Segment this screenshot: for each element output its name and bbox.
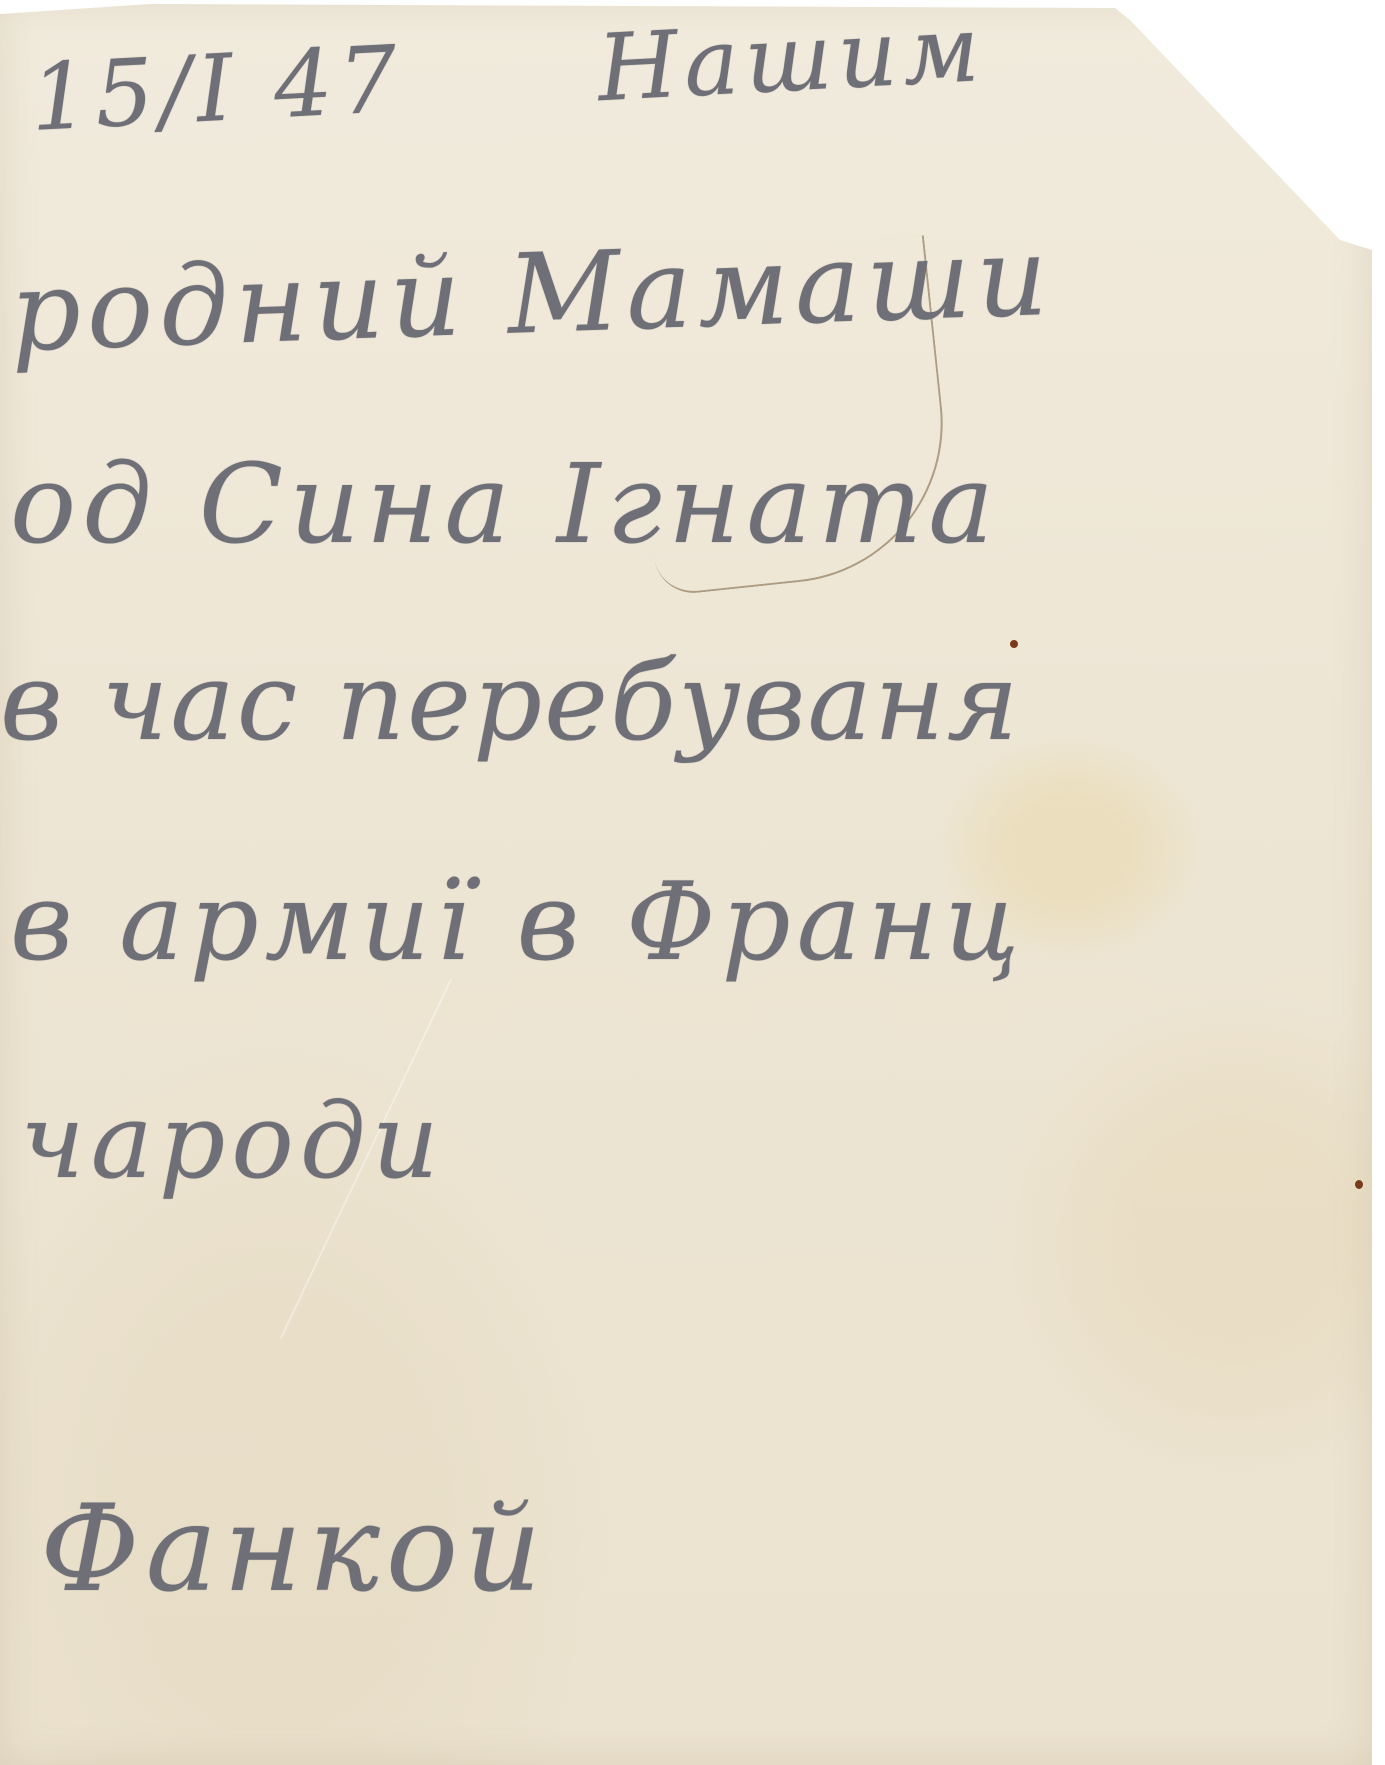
handwritten-line-4: в час перебуваня — [0, 640, 1021, 765]
handwritten-line-3: од Сина Ігната — [10, 440, 1000, 568]
handwritten-line-6: чароди — [20, 1080, 445, 1202]
handwritten-greeting: Нашим — [595, 0, 988, 122]
handwritten-line-1: 15/І 47 Нашим — [28, 0, 988, 152]
handwritten-signature: Фанкой — [40, 1480, 547, 1619]
photo-reverse-paper: 15/І 47 Нашим родний Мамаши од Сина Ігна… — [0, 0, 1372, 1765]
handwritten-line-5: в армиї в Франц — [10, 860, 1026, 985]
stain-spot — [1355, 1180, 1363, 1189]
handwritten-date: 15/І 47 — [28, 26, 406, 152]
